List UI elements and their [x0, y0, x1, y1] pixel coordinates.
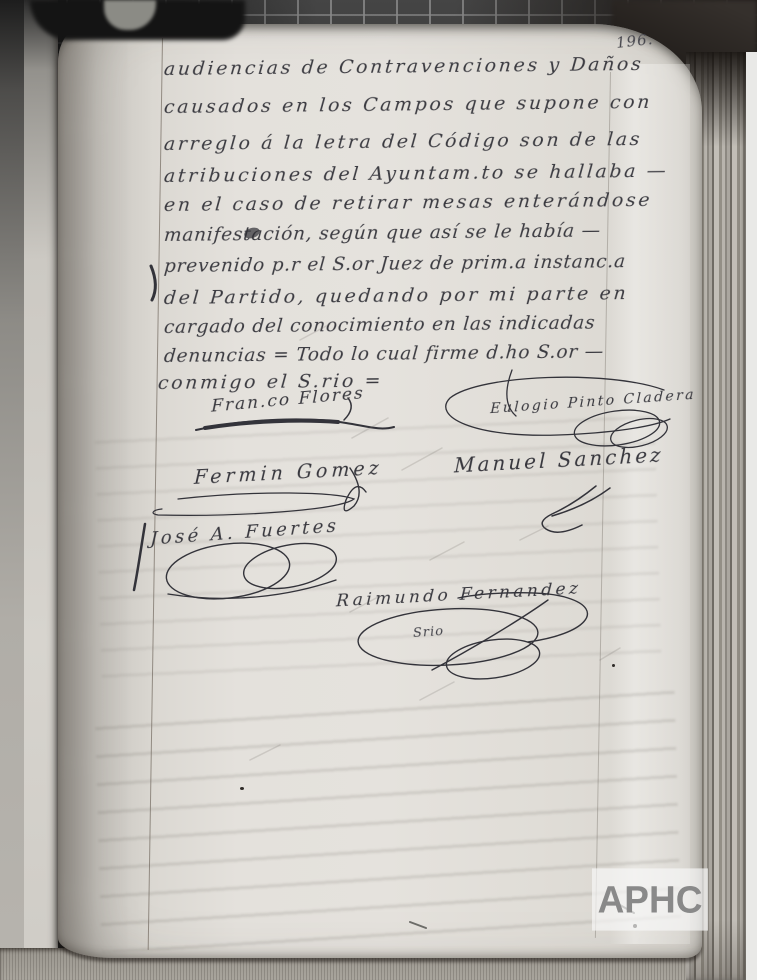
- manuscript-line-2: causados en los Campos que supone con: [163, 91, 653, 118]
- archival-manuscript-photo: 196. audiencias de Contravenciones y Dañ…: [0, 0, 757, 980]
- ruled-margin-line: [148, 38, 163, 950]
- signature-fermin-gomez: Fermin Gomez: [194, 457, 384, 489]
- page-number: 196.: [615, 30, 654, 52]
- ink-speck: [612, 664, 615, 667]
- manuscript-page: 196. audiencias de Contravenciones y Dañ…: [58, 24, 702, 958]
- manuscript-line-3: arreglo á la letra del Código son de las: [163, 128, 643, 155]
- manuscript-line-4: atribuciones del Ayuntam.to se hallaba —: [163, 160, 669, 187]
- background-right: [746, 52, 757, 980]
- manuscript-line-6: manifestación, según que así se le había…: [163, 220, 602, 246]
- manuscript-line-1: audiencias de Contravenciones y Daños: [163, 53, 644, 80]
- facing-page-edge: [24, 0, 58, 980]
- book-cover-edge: [0, 0, 26, 980]
- aphc-watermark: APHC: [592, 868, 708, 930]
- manuscript-line-8: del Partido, quedando por mi parte en: [163, 282, 629, 309]
- signature-rubric-srio: Srio: [413, 624, 445, 641]
- ink-speck: [240, 787, 244, 790]
- manuscript-line-5: en el caso de retirar mesas enterándose: [163, 189, 653, 216]
- manuscript-line-10: denuncias = Todo lo cual firme d.ho S.or…: [163, 341, 605, 367]
- manuscript-line-7: prevenido p.r el S.or Juez de prim.a ins…: [163, 251, 627, 277]
- signature-raimundo-fernandez: Raimundo Fernandez: [336, 579, 582, 612]
- manuscript-line-9: cargado del conocimiento en las indicada…: [163, 312, 596, 338]
- signature-jose-a-fuertes: José A. Fuertes: [150, 515, 340, 549]
